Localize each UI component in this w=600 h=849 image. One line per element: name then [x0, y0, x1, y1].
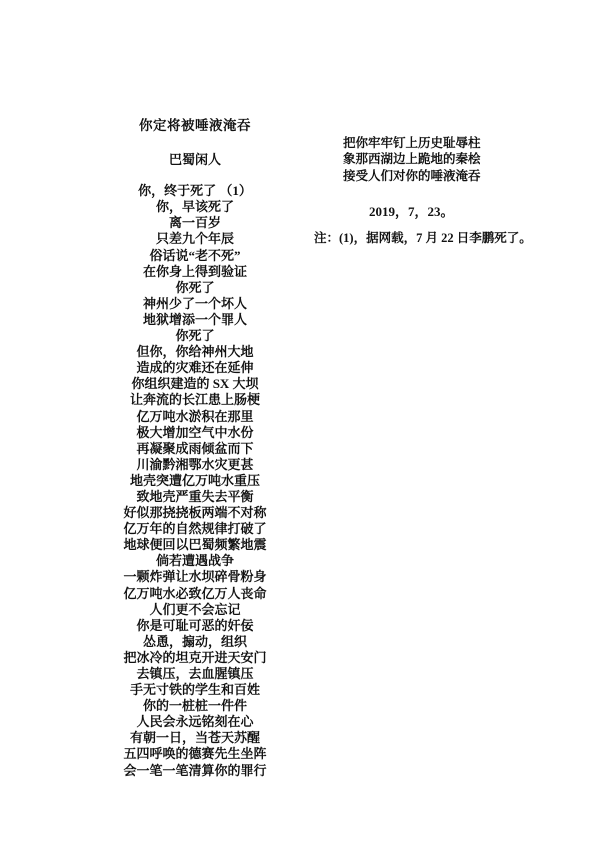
poem-line: 去镇压，去血腥镇压 [55, 666, 335, 682]
poem-line: 神州少了一个坏人 [55, 296, 335, 312]
poem-body: 你，终于死了 （1）你，早该死了离一百岁只差九个年辰俗话说“老不死”在你身上得到… [55, 183, 335, 778]
poem-line: 亿万年的自然规律打破了 [55, 521, 335, 537]
closing-line: 把你牢牢钉上历史耻辱柱 [343, 135, 481, 151]
poem-line: 怂恿，搧动，组织 [55, 634, 335, 650]
poem-line: 极大增加空气中水份 [55, 425, 335, 441]
poem-date: 2019，7，23。 [369, 201, 454, 220]
poem-line: 倘若遭遇战争 [55, 553, 335, 569]
poem-line: 再凝聚成雨倾盆而下 [55, 441, 335, 457]
poem-line: 俗话说“老不死” [55, 248, 335, 264]
poem-line: 川渝黔湘鄂水灾更甚 [55, 457, 335, 473]
closing-line: 象那西湖边上跪地的秦桧 [343, 151, 481, 167]
poem-title: 你定将被唾液淹吞 [55, 118, 335, 134]
poem-line: 会一笔一笔清算你的罪行 [55, 763, 335, 779]
poem-line: 有朝一日，当苍天苏醒 [55, 730, 335, 746]
poem-line: 在你身上得到验证 [55, 264, 335, 280]
poem-line: 一颗炸弹让水坝碎骨粉身 [55, 569, 335, 585]
document-page: 你定将被唾液淹吞 巴蜀闲人 你，终于死了 （1）你，早该死了离一百岁只差九个年辰… [0, 0, 600, 849]
poem-line: 亿万吨水淤积在那里 [55, 409, 335, 425]
poem-line: 离一百岁 [55, 215, 335, 231]
poem-line: 人们更不会忘记 [55, 602, 335, 618]
poem-line: 你死了 [55, 328, 335, 344]
poem-line: 地壳突遭亿万吨水重压 [55, 473, 335, 489]
poem-line: 把冰冷的坦克开进天安门 [55, 650, 335, 666]
closing-line: 接受人们对你的唾液淹吞 [343, 168, 481, 184]
poem-footnote: 注：(1)，据网载，7 月 22 日李鹏死了。 [314, 228, 532, 246]
poem-line: 好似那挠挠板两端不对称 [55, 505, 335, 521]
poem-line: 你组织建造的 SX 大坝 [55, 376, 335, 392]
poem-line: 手无寸铁的学生和百姓 [55, 682, 335, 698]
poem-line: 只差九个年辰 [55, 231, 335, 247]
poem-line: 你是可耻可恶的奸佞 [55, 618, 335, 634]
poem-line: 让奔流的长江患上肠梗 [55, 392, 335, 408]
poem-line: 造成的灾难还在延伸 [55, 360, 335, 376]
poem-line: 五四呼唤的德赛先生坐阵 [55, 746, 335, 762]
poem-line: 亿万吨水必致亿万人丧命 [55, 586, 335, 602]
poem-line: 你，终于死了 （1） [55, 183, 335, 199]
poem-line: 你，早该死了 [55, 199, 335, 215]
poem-line: 你死了 [55, 280, 335, 296]
poem-line: 你的一桩桩一件件 [55, 698, 335, 714]
poem-author: 巴蜀闲人 [55, 152, 335, 168]
poem-line: 致地壳严重失去平衡 [55, 489, 335, 505]
poem-column: 你定将被唾液淹吞 巴蜀闲人 你，终于死了 （1）你，早该死了离一百岁只差九个年辰… [55, 118, 335, 779]
closing-stanza: 把你牢牢钉上历史耻辱柱象那西湖边上跪地的秦桧接受人们对你的唾液淹吞 [343, 135, 481, 184]
poem-line: 人民会永远铭刻在心 [55, 714, 335, 730]
poem-line: 但你，你给神州大地 [55, 344, 335, 360]
poem-line: 地球便回以巴蜀频繁地震 [55, 537, 335, 553]
poem-line: 地狱增添一个罪人 [55, 312, 335, 328]
